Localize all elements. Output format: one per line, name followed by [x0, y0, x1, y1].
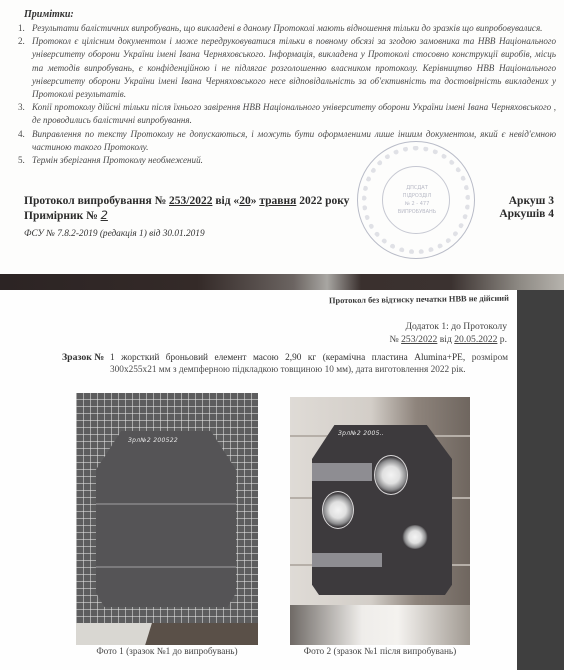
validity-note: Протокол без відтиску печатки НВВ не дій…	[329, 294, 509, 306]
protocol-day: 20	[239, 195, 251, 207]
protocol-title: Протокол випробування № 253/2022 від «20…	[24, 195, 349, 207]
note-text: Протокол є цілісним документом і може пе…	[32, 36, 556, 99]
photo-1-caption: Фото 1 (зразок №1 до випробувань)	[76, 647, 258, 657]
appendix-date: 20.05.2022	[454, 334, 497, 345]
note-number: 4.	[18, 128, 25, 141]
plate-marking: Зрл№2 2005..	[338, 430, 384, 437]
official-stamp: ДПСДАТ ПІДРОЗДІЛ № 2 - 477 ВИПРОБУВАНЬ	[357, 141, 475, 259]
photo-before-test: Зрл№2 200522	[76, 393, 258, 645]
impact-mark	[322, 491, 354, 529]
note-item: 5. Термін зберігання Протоколу необмежен…	[8, 154, 556, 167]
notes-title: Примітки:	[24, 9, 74, 20]
notes-list: 1. Результати балістичних випробувань, щ…	[8, 22, 556, 167]
impact-mark	[374, 455, 408, 495]
copy-number: 2	[101, 208, 108, 222]
armor-plate-damaged: Зрл№2 2005..	[312, 425, 452, 595]
photo-after-test: Зрл№2 2005..	[290, 397, 470, 645]
appendix-reference: № 253/2022 від 20.05.2022 р.	[390, 334, 507, 345]
stamp-text: ДПСДАТ ПІДРОЗДІЛ № 2 - 477 ВИПРОБУВАНЬ	[388, 184, 446, 216]
photo-2-caption: Фото 2 (зразок №1 після випробувань)	[284, 647, 476, 657]
armor-plate-intact: Зрл№2 200522	[96, 431, 236, 607]
note-text: Копії протоколу дійсні тільки після їхнь…	[32, 102, 556, 125]
sheet-number: Аркуш 3	[509, 195, 554, 207]
page-divider	[0, 274, 564, 290]
appendix-page: Протокол без відтиску печатки НВВ не дій…	[0, 290, 517, 670]
note-text: Виправлення по тексту Протоколу не допус…	[32, 129, 556, 152]
note-number: 1.	[18, 22, 25, 35]
note-item: 2. Протокол є цілісним документом і може…	[8, 35, 556, 101]
sample-label: Зразок №	[62, 352, 104, 363]
note-number: 2.	[18, 35, 25, 48]
appendix-protocol-number: 253/2022	[401, 334, 437, 345]
note-text: Результати балістичних випробувань, що в…	[32, 23, 542, 33]
note-item: 4. Виправлення по тексту Протоколу не до…	[8, 128, 556, 154]
protocol-month: травня	[259, 195, 296, 207]
note-number: 3.	[18, 101, 25, 114]
appendix-title: Додаток 1: до Протоколу	[405, 321, 507, 332]
note-item: 1. Результати балістичних випробувань, щ…	[8, 22, 556, 35]
sample-description: 1 жорсткий броньовий елемент масою 2,90 …	[110, 352, 508, 376]
impact-mark	[402, 525, 428, 549]
plate-marking: Зрл№2 200522	[128, 437, 178, 444]
protocol-page-3: Примітки: 1. Результати балістичних випр…	[0, 0, 564, 276]
viewer-side-panel	[517, 290, 564, 670]
note-text: Термін зберігання Протоколу необмежений.	[32, 155, 203, 165]
note-number: 5.	[18, 154, 25, 167]
sheets-total: Аркушів 4	[499, 208, 554, 220]
note-item: 3. Копії протоколу дійсні тільки після ї…	[8, 101, 556, 127]
form-code: ФСУ № 7.8.2-2019 (редакція 1) від 30.01.…	[24, 229, 205, 239]
copy-number-line: Примірник № 2	[24, 208, 108, 222]
protocol-number: 253/2022	[169, 195, 212, 207]
